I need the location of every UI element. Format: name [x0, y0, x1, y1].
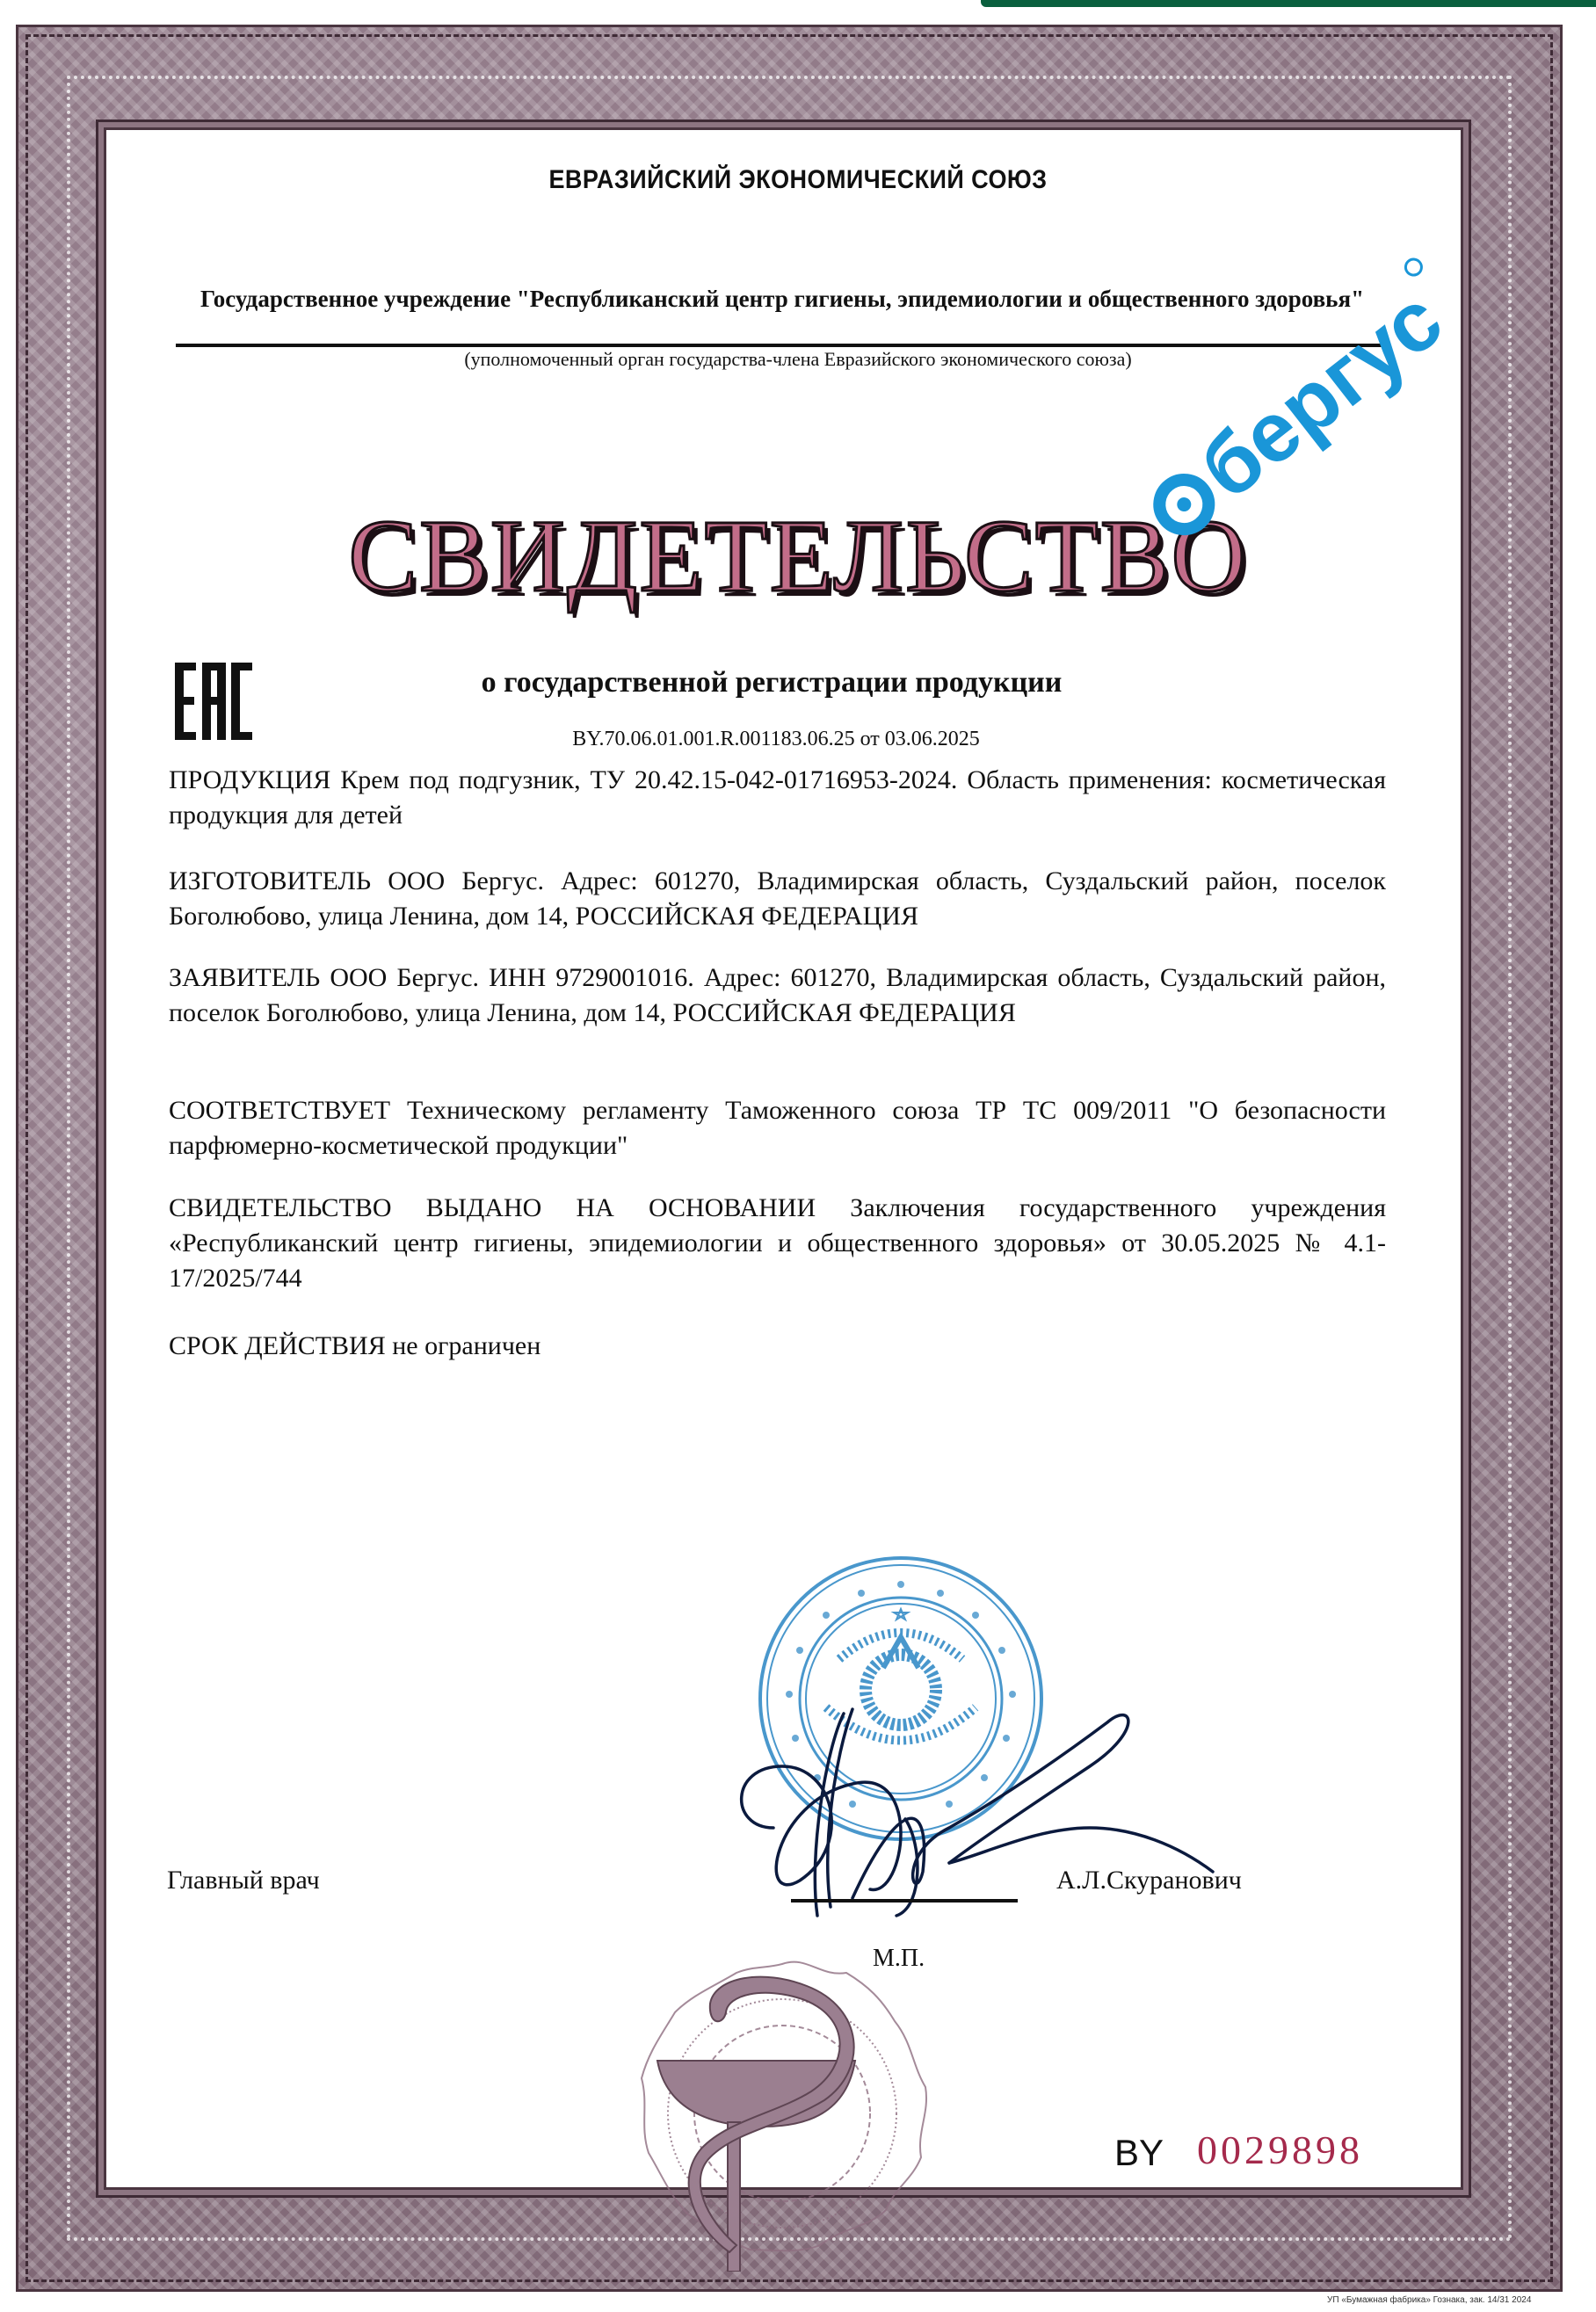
- field-product: ПРОДУКЦИЯ Крем под подгузник, ТУ 20.42.1…: [169, 763, 1386, 833]
- signatory-role: Главный врач: [167, 1866, 320, 1895]
- field-label: СВИДЕТЕЛЬСТВО ВЫДАНО НА ОСНОВАНИИ: [169, 1193, 816, 1222]
- field-label: ПРОДУКЦИЯ: [169, 765, 330, 794]
- watermark-text: бергус: [1183, 272, 1460, 518]
- field-value: Крем под подгузник, ТУ 20.42.15-042-0171…: [169, 765, 1386, 830]
- field-label: СРОК ДЕЙСТВИЯ: [169, 1331, 386, 1360]
- field-value: ООО Бергус. ИНН 9729001016. Адрес: 60127…: [169, 963, 1386, 1027]
- registration-number: BY.70.06.01.001.R.001183.06.25 от 03.06.…: [0, 728, 1574, 751]
- form-serial-prefix: BY: [1114, 2132, 1164, 2174]
- field-conforms: СООТВЕТСТВУЕТ Техническому регламенту Та…: [169, 1093, 1386, 1163]
- field-value: не ограничен: [392, 1331, 540, 1360]
- bergus-logo-watermark: бергус: [1151, 246, 1564, 562]
- signature-line: [791, 1899, 1018, 1903]
- field-applicant: ЗАЯВИТЕЛЬ ООО Бергус. ИНН 9729001016. Ад…: [169, 960, 1386, 1031]
- signatory-name: А.Л.Скуранович: [1056, 1866, 1242, 1895]
- field-manufacturer: ИЗГОТОВИТЕЛЬ ООО Бергус. Адрес: 601270, …: [169, 864, 1386, 934]
- field-label: ИЗГОТОВИТЕЛЬ: [169, 866, 371, 895]
- form-serial-number: 0029898: [1197, 2127, 1363, 2173]
- printer-note: УП «Бумажная фабрика» Гознака, зак. 14/3…: [1327, 2295, 1531, 2305]
- certificate-document: ЕВРАЗИЙСКИЙ ЭКОНОМИЧЕСКИЙ СОЮЗ Государст…: [0, 0, 1596, 2312]
- union-title: ЕВРАЗИЙСКИЙ ЭКОНОМИЧЕСКИЙ СОЮЗ: [80, 165, 1516, 195]
- field-basis: СВИДЕТЕЛЬСТВО ВЫДАНО НА ОСНОВАНИИ Заключ…: [169, 1191, 1386, 1296]
- field-label: СООТВЕТСТВУЕТ: [169, 1096, 390, 1125]
- bowl-of-hygieia-icon: [631, 1946, 934, 2272]
- field-validity: СРОК ДЕЙСТВИЯ не ограничен: [169, 1329, 1386, 1364]
- certificate-subtitle: о государственной регистрации продукции: [0, 666, 1570, 699]
- field-label: ЗАЯВИТЕЛЬ: [169, 963, 320, 992]
